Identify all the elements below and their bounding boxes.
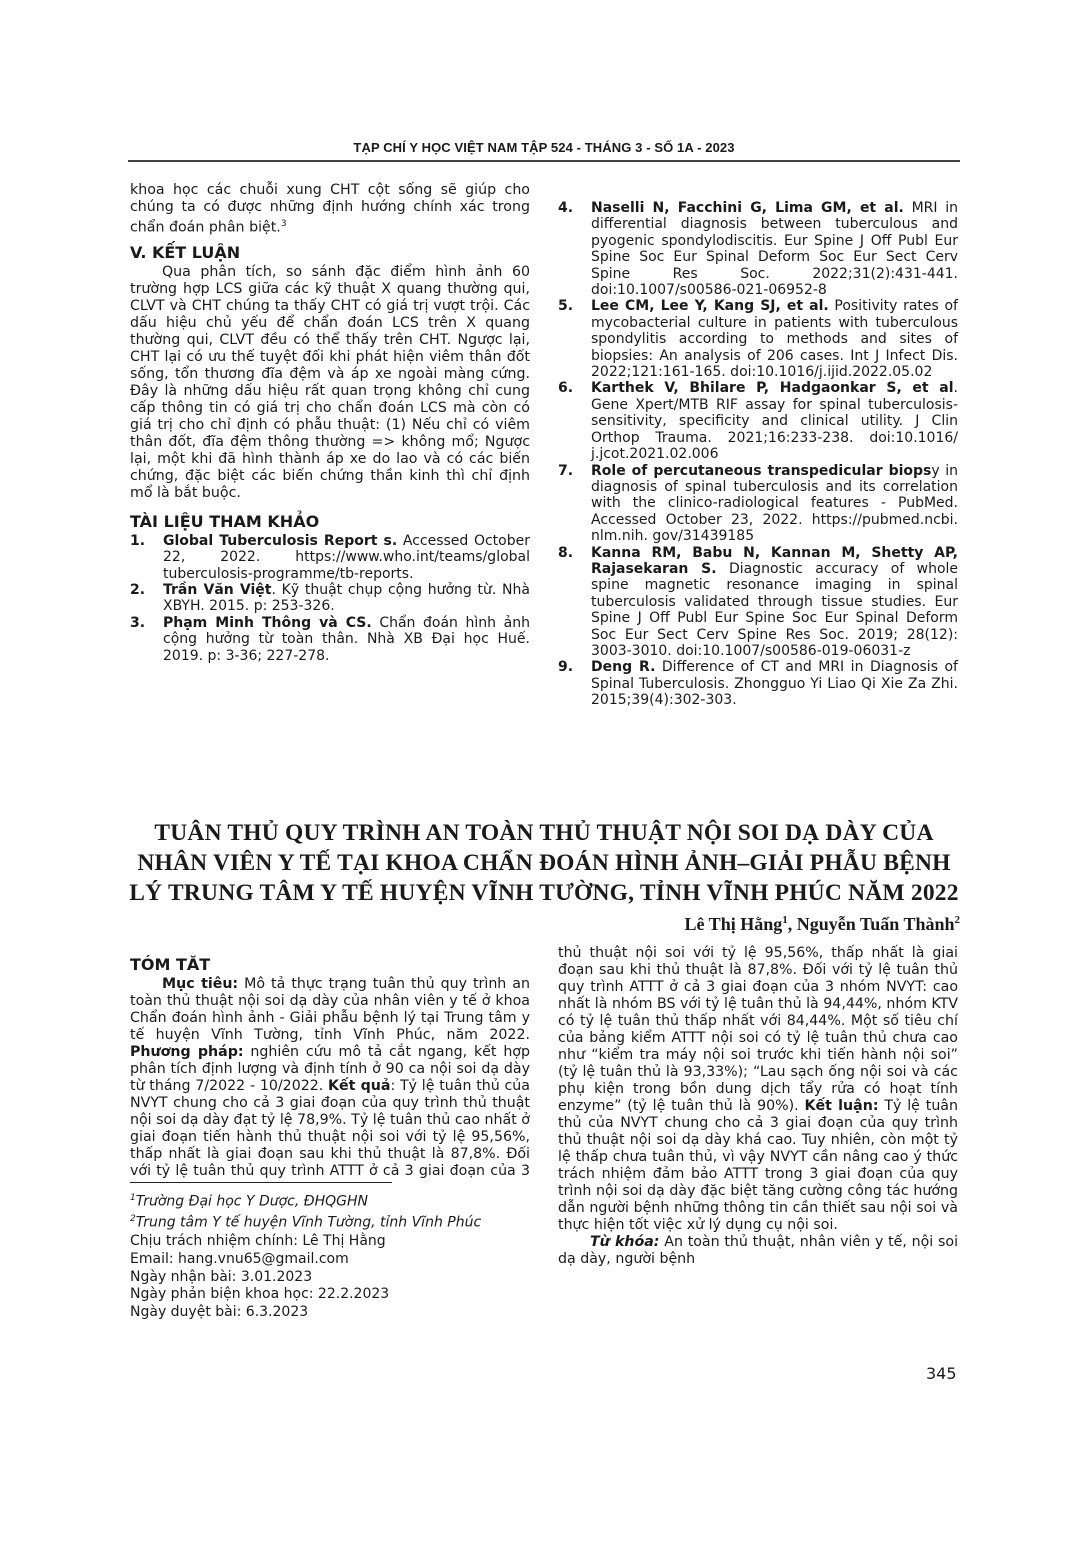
header-divider: [128, 160, 960, 162]
abstract-paragraph: Mục tiêu: Mô tả thực trạng tuân thủ quy …: [130, 976, 530, 1180]
reference-item: 7.Role of percutaneous transpedicular bi…: [558, 463, 958, 545]
reference-authors: Karthek V, Bhilare P, Hadgaonkar S, et a…: [591, 380, 954, 396]
reference-number: 9.: [558, 659, 573, 675]
citation-superscript: 3: [281, 219, 287, 229]
results-label: Kết quả: [328, 1078, 390, 1094]
footnote-divider: [130, 1182, 392, 1183]
reference-number: 1.: [130, 533, 145, 549]
reference-authors: Lee CM, Lee Y, Kang SJ, et al.: [591, 298, 829, 314]
date-received: Ngày nhận bài: 3.01.2023: [130, 1269, 481, 1287]
objective-label: Mục tiêu:: [162, 976, 238, 992]
reference-authors: Phạm Minh Thông và CS.: [163, 615, 372, 631]
article-authors: Lê Thị Hằng1, Nguyễn Tuấn Thành2: [685, 914, 960, 935]
page-number: 345: [926, 1364, 957, 1383]
footnotes: 1Trường Đại học Y Dược, ĐHQGHN 2Trung tâ…: [130, 1190, 481, 1322]
reference-item: 6.Karthek V, Bhilare P, Hadgaonkar S, et…: [558, 380, 958, 462]
reference-item: 1.Global Tuberculosis Report s. Accessed…: [130, 533, 530, 582]
reference-list-left: 1.Global Tuberculosis Report s. Accessed…: [130, 533, 530, 664]
conclusion-paragraph: Qua phân tích, so sánh đặc điểm hình ảnh…: [130, 264, 530, 502]
continuation-text: khoa học các chuỗi xung CHT cột sống sẽ …: [130, 182, 530, 236]
reference-number: 6.: [558, 380, 573, 396]
author-name: Nguyễn Tuấn Thành: [797, 914, 955, 934]
reference-item: 5.Lee CM, Lee Y, Kang SJ, et al. Positiv…: [558, 298, 958, 380]
reference-item: 9.Deng R. Difference of CT and MRI in Di…: [558, 659, 958, 708]
reference-number: 5.: [558, 298, 573, 314]
abstract-heading: TÓM TẮT: [130, 955, 530, 975]
reference-authors: Trần Văn Việt: [163, 582, 271, 598]
affiliation-1-text: Trường Đại học Y Dược, ĐHQGHN: [136, 1194, 368, 1210]
left-column-top: khoa học các chuỗi xung CHT cột sống sẽ …: [130, 182, 530, 664]
affiliation-marker: 1: [782, 914, 788, 926]
abstract-left: TÓM TẮT Mục tiêu: Mô tả thực trạng tuân …: [130, 955, 530, 1180]
abstract-right: thủ thuật nội soi với tỷ lệ 95,56%, thấp…: [558, 945, 958, 1268]
conclusion-heading: V. KẾT LUẬN: [130, 243, 530, 263]
reference-authors: Deng R.: [591, 659, 655, 675]
reference-item: 8.Kanna RM, Babu N, Kannan M, Shetty AP,…: [558, 545, 958, 660]
reference-authors: Naselli N, Facchini G, Lima GM, et al.: [591, 200, 904, 216]
reference-item: 2.Trần Văn Việt. Kỹ thuật chụp cộng hưởn…: [130, 582, 530, 615]
author-name: Lê Thị Hằng: [685, 914, 783, 934]
reference-number: 8.: [558, 545, 573, 561]
reference-item: 4.Naselli N, Facchini G, Lima GM, et al.…: [558, 200, 958, 298]
conclusion-label: Kết luận:: [805, 1098, 879, 1114]
affiliation-marker: 2: [955, 914, 961, 926]
date-accepted: Ngày duyệt bài: 6.3.2023: [130, 1304, 481, 1322]
continuation-paragraph: khoa học các chuỗi xung CHT cột sống sẽ …: [130, 182, 530, 237]
references-heading: TÀI LIỆU THAM KHẢO: [130, 512, 530, 532]
right-column-top: 4.Naselli N, Facchini G, Lima GM, et al.…: [558, 200, 958, 709]
keywords-label: Từ khóa:: [590, 1234, 660, 1250]
reference-number: 7.: [558, 463, 573, 479]
affiliation-2: 2Trung tâm Y tế huyện Vĩnh Tường, tỉnh V…: [130, 1211, 481, 1232]
reference-item: 3.Phạm Minh Thông và CS. Chẩn đoán hình …: [130, 615, 530, 664]
reference-number: 4.: [558, 200, 573, 216]
conclusion-text: Tỷ lệ tuân thủ của NVYT chung cho cả 3 g…: [558, 1098, 958, 1233]
method-label: Phương pháp:: [130, 1044, 244, 1060]
email: Email: hang.vnu65@gmail.com: [130, 1251, 481, 1269]
reference-authors: Global Tuberculosis Report s.: [163, 533, 397, 549]
reference-authors: Role of percutaneous transpedicular biop…: [591, 463, 931, 479]
affiliation-1: 1Trường Đại học Y Dược, ĐHQGHN: [130, 1190, 481, 1211]
reference-number: 2.: [130, 582, 145, 598]
reference-list-right: 4.Naselli N, Facchini G, Lima GM, et al.…: [558, 200, 958, 709]
reference-number: 3.: [130, 615, 145, 631]
date-reviewed: Ngày phản biện khoa học: 22.2.2023: [130, 1286, 481, 1304]
corresponding-author: Chịu trách nhiệm chính: Lê Thị Hằng: [130, 1233, 481, 1251]
affiliation-2-text: Trung tâm Y tế huyện Vĩnh Tường, tỉnh Vĩ…: [136, 1215, 481, 1231]
article-title: TUÂN THỦ QUY TRÌNH AN TOÀN THỦ THUẬT NỘI…: [128, 818, 960, 908]
abstract-continuation: thủ thuật nội soi với tỷ lệ 95,56%, thấp…: [558, 945, 958, 1234]
journal-header: TẠP CHÍ Y HỌC VIỆT NAM TẬP 524 - THÁNG 3…: [128, 140, 960, 155]
keywords-paragraph: Từ khóa: An toàn thủ thuật, nhân viên y …: [558, 1234, 958, 1268]
